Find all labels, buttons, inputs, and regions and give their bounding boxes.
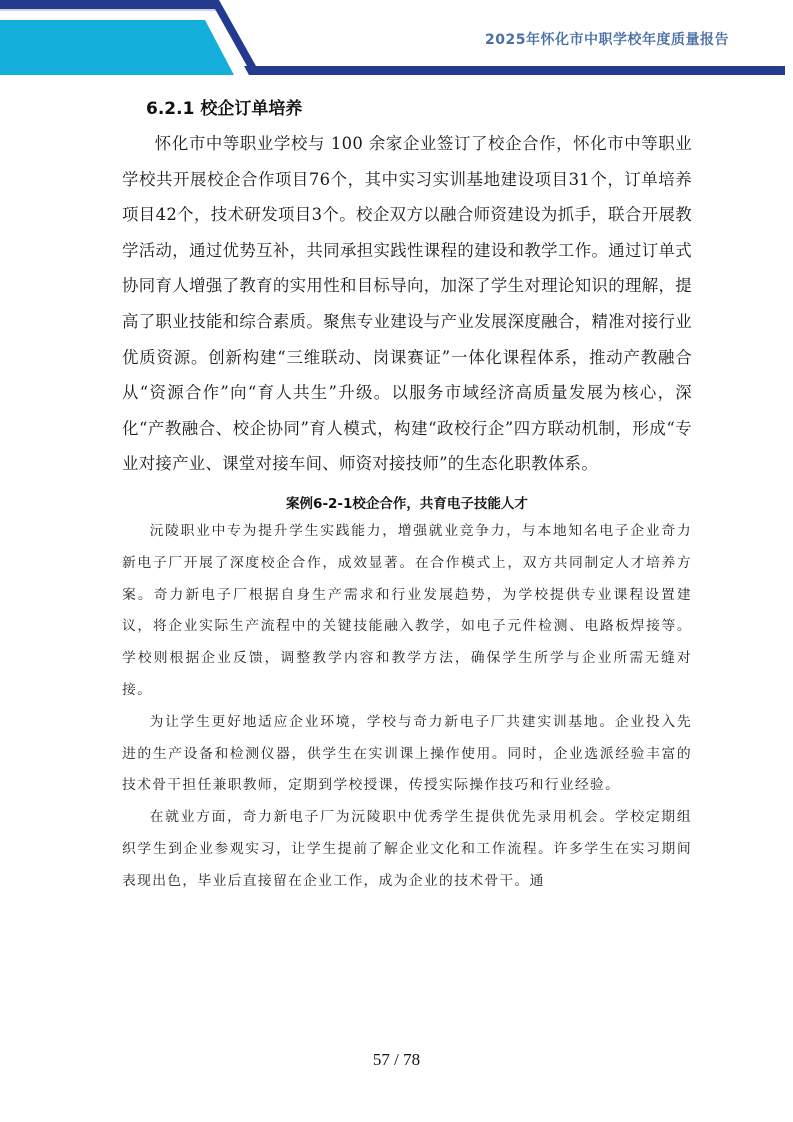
- case-paragraph: 为让学生更好地适应企业环境，学校与奇力新电子厂共建实训基地。企业投入先进的生产设…: [122, 707, 692, 802]
- case-paragraph: 在就业方面，奇力新电子厂为沅陵职中优秀学生提供优先录用机会。学校定期组织学生到企…: [122, 802, 692, 897]
- case-study: 案例6-2-1校企合作，共育电子技能人才 沅陵职业中专为提升学生实践能力，增强就…: [122, 492, 692, 898]
- page-content: 6.2.1 校企订单培养 怀化市中等职业学校与 100 余家企业签订了校企合作，…: [122, 92, 692, 898]
- section-heading: 6.2.1 校企订单培养: [146, 92, 692, 126]
- case-title: 案例6-2-1校企合作，共育电子技能人才: [122, 492, 692, 516]
- report-title: 2025年怀化市中职学校年度质量报告: [485, 29, 729, 49]
- page-header: 2025年怀化市中职学校年度质量报告: [0, 0, 793, 80]
- section-paragraph: 怀化市中等职业学校与 100 余家企业签订了校企合作，怀化市中等职业学校共开展校…: [122, 126, 692, 482]
- page-number: 57 / 78: [0, 1050, 793, 1070]
- case-paragraph: 沅陵职业中专为提升学生实践能力，增强就业竞争力，与本地知名电子企业奇力新电子厂开…: [122, 516, 692, 707]
